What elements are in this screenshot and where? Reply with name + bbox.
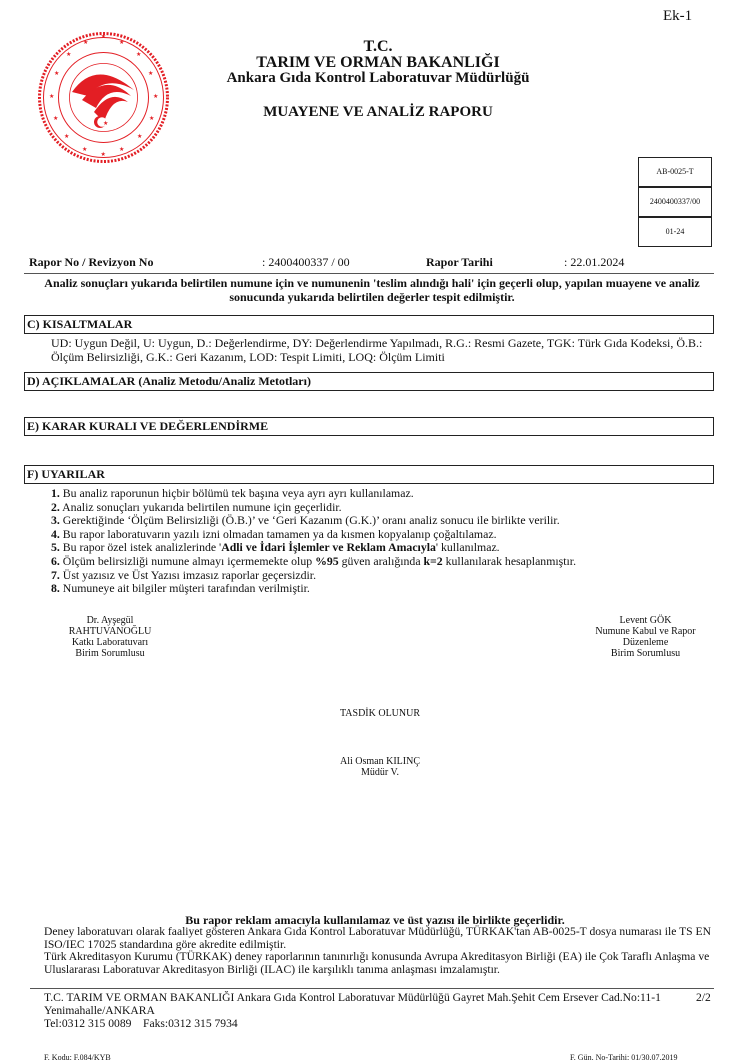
- report-date-value: : 22.01.2024: [564, 255, 624, 270]
- section-f-title: F) UYARILAR: [24, 465, 714, 484]
- warning-text: Numuneye ait bilgiler müşteri tarafından…: [60, 581, 310, 595]
- form-code: F. Kodu: F.084/KYB: [44, 1053, 111, 1060]
- warning-number: 6.: [51, 554, 60, 568]
- report-no-label: Rapor No / Revizyon No: [29, 255, 153, 270]
- report-date-label: Rapor Tarihi: [426, 255, 493, 270]
- warning-text: Bu analiz raporunun hiçbir bölümü tek ba…: [60, 486, 414, 500]
- validity-note: Analiz sonuçları yukarıda belirtilen num…: [30, 276, 714, 304]
- warning-number: 2.: [51, 500, 60, 514]
- signatory-role: Birim Sorumlusu: [578, 648, 713, 659]
- svg-text:★: ★: [136, 51, 141, 58]
- signatory-role: Birim Sorumlusu: [45, 648, 175, 659]
- code-box: AB-0025-T 2400400337/00 01-24: [638, 157, 712, 247]
- warning-number: 5.: [51, 540, 60, 554]
- warning-text: Gerektiğinde ‘Ölçüm Belirsizliği (Ö.B.)’…: [60, 513, 560, 527]
- approval-text: TASDİK OLUNUR: [280, 708, 480, 719]
- signatory-unit: Numune Kabul ve Rapor: [578, 626, 713, 637]
- svg-text:★: ★: [119, 146, 124, 153]
- warning-text: k=2: [424, 554, 443, 568]
- warning-item: 6. Ölçüm belirsizliği numune almayı içer…: [51, 555, 576, 569]
- svg-text:★: ★: [54, 70, 59, 77]
- warning-text: Analiz sonuçları yukarıda belirtilen num…: [60, 500, 342, 514]
- section-c-title: C) KISALTMALAR: [24, 315, 714, 334]
- footer-divider: [30, 988, 714, 989]
- form-update-date: F. Gün. No-Tarihi: 01/30.07.2019: [570, 1053, 677, 1060]
- warning-number: 7.: [51, 568, 60, 582]
- warning-text: Adli ve İdari İşlemler ve Reklam Amacıyl…: [221, 540, 436, 554]
- abbreviations-text: UD: Uygun Değil, U: Uygun, D.: Değerlend…: [51, 336, 711, 364]
- warning-number: 1.: [51, 486, 60, 500]
- warning-text: ' kullanılmaz.: [436, 540, 500, 554]
- annex-label: Ek-1: [663, 8, 692, 25]
- issue-code: 01-24: [639, 218, 711, 246]
- warning-item: 2. Analiz sonuçları yukarıda belirtilen …: [51, 501, 576, 515]
- warning-text: Ölçüm belirsizliği numune almayı içermem…: [60, 554, 315, 568]
- warning-text: %95: [315, 554, 339, 568]
- divider: [24, 273, 714, 274]
- svg-text:★: ★: [83, 39, 88, 46]
- report-info-row: Rapor No / Revizyon No : 2400400337 / 00…: [29, 255, 719, 271]
- svg-text:★: ★: [66, 51, 71, 58]
- warning-item: 8. Numuneye ait bilgiler müşteri tarafın…: [51, 582, 576, 596]
- warning-text: güven aralığında: [339, 554, 424, 568]
- footer-address: T.C. TARIM VE ORMAN BAKANLIĞI Ankara Gıd…: [44, 991, 664, 1030]
- warning-item: 7. Üst yazısız ve Üst Yazısı imzasız rap…: [51, 569, 576, 583]
- header-lab: Ankara Gıda Kontrol Laboratuvar Müdürlüğ…: [150, 70, 606, 87]
- director-name: Ali Osman KILINÇ: [280, 756, 480, 767]
- phone-fax-text: Tel:0312 315 0089 Faks:0312 315 7934: [44, 1017, 664, 1030]
- section-d-title: D) AÇIKLAMALAR (Analiz Metodu/Analiz Met…: [24, 372, 714, 391]
- svg-text:★: ★: [49, 93, 54, 100]
- signatory-unit-cont: Düzenleme: [578, 637, 713, 648]
- svg-text:★: ★: [101, 151, 106, 158]
- svg-text:★: ★: [101, 33, 106, 40]
- warning-item: 4. Bu rapor laboratuvarın yazılı izni ol…: [51, 528, 576, 542]
- warning-text: Bu rapor laboratuvarın yazılı izni olmad…: [60, 527, 497, 541]
- svg-text:★: ★: [53, 115, 58, 122]
- svg-text:★: ★: [137, 133, 142, 140]
- warning-item: 1. Bu analiz raporunun hiçbir bölümü tek…: [51, 487, 576, 501]
- warning-item: 5. Bu rapor özel istek analizlerinde 'Ad…: [51, 541, 576, 555]
- svg-text:★: ★: [103, 120, 108, 127]
- signatory-name: Levent GÖK: [578, 615, 713, 626]
- warnings-list: 1. Bu analiz raporunun hiçbir bölümü tek…: [51, 487, 576, 596]
- report-title: MUAYENE VE ANALİZ RAPORU: [150, 104, 606, 121]
- warning-text: Bu rapor özel istek analizlerinde ': [60, 540, 221, 554]
- accreditation-paragraph: Deney laboratuvarı olarak faaliyet göste…: [44, 926, 724, 951]
- signatory-unit: Katkı Laboratuvarı: [45, 637, 175, 648]
- signature-right: Levent GÖK Numune Kabul ve Rapor Düzenle…: [578, 615, 713, 659]
- warning-item: 3. Gerektiğinde ‘Ölçüm Belirsizliği (Ö.B…: [51, 514, 576, 528]
- director-title: Müdür V.: [280, 767, 480, 778]
- report-no-value: : 2400400337 / 00: [262, 255, 350, 270]
- turkak-paragraph: Türk Akreditasyon Kurumu (TÜRKAK) deney …: [44, 951, 724, 976]
- svg-text:★: ★: [119, 39, 124, 46]
- section-e-title: E) KARAR KURALI VE DEĞERLENDİRME: [24, 417, 714, 436]
- header: T.C. TARIM VE ORMAN BAKANLIĞI Ankara Gıd…: [150, 0, 606, 130]
- signature-left: Dr. Ayşegül RAHTUVANOĞLU Katkı Laboratuv…: [45, 615, 175, 659]
- svg-text:★: ★: [82, 146, 87, 153]
- svg-text:★: ★: [64, 133, 69, 140]
- warning-number: 8.: [51, 581, 60, 595]
- accreditation-code: AB-0025-T: [639, 158, 711, 188]
- warning-number: 4.: [51, 527, 60, 541]
- signatory-name: Dr. Ayşegül: [45, 615, 175, 626]
- warning-text: Üst yazısız ve Üst Yazısı imzasız raporl…: [60, 568, 316, 582]
- address-text: T.C. TARIM VE ORMAN BAKANLIĞI Ankara Gıd…: [44, 991, 664, 1017]
- disclaimer-text: Deney laboratuvarı olarak faaliyet göste…: [44, 926, 724, 976]
- page-number: 2/2: [696, 991, 711, 1004]
- signatory-surname: RAHTUVANOĞLU: [45, 626, 175, 637]
- warning-text: kullanılarak hesaplanmıştır.: [443, 554, 576, 568]
- director-signature: Ali Osman KILINÇ Müdür V.: [280, 756, 480, 778]
- warning-number: 3.: [51, 513, 60, 527]
- report-number-code: 2400400337/00: [639, 188, 711, 218]
